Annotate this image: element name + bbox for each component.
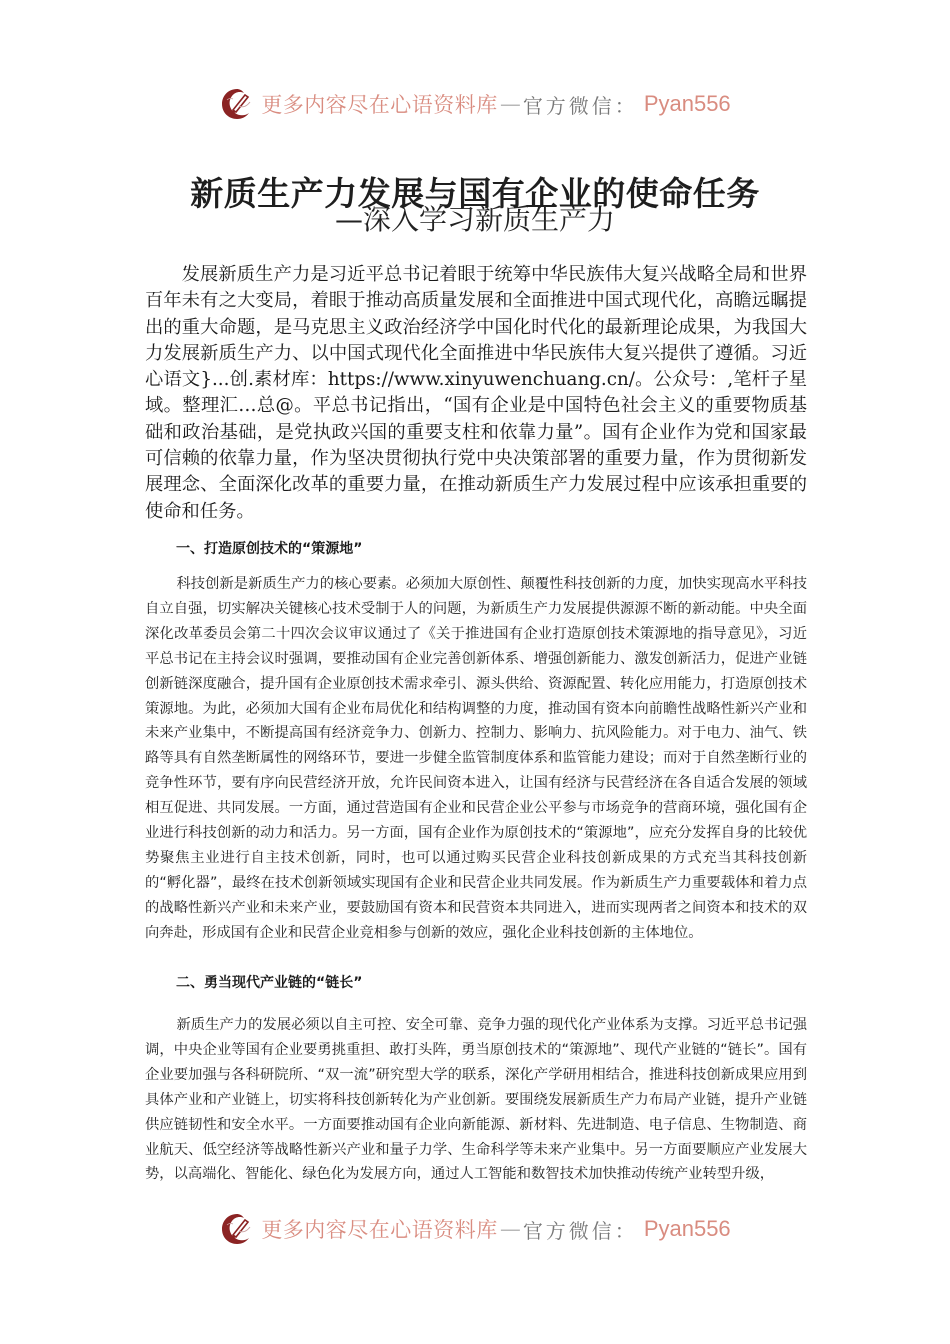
quill-pen-logo-icon (219, 86, 255, 122)
footer-banner: 更多内容尽在心语资料库 — 官方微信： Pyan556 (0, 1207, 950, 1251)
wechat-id: Pyan556 (644, 91, 731, 117)
section-body-1: 科技创新是新质生产力的核心要素。必须加大原创性、颠覆性科技创新的力度，加快实现高… (145, 572, 807, 946)
intro-paragraph: 发展新质生产力是习近平总书记着眼于统筹中华民族伟大复兴战略全局和世界百年未有之大… (145, 262, 807, 525)
section-heading-1: 一、打造原创技术的“策源地” (176, 538, 362, 558)
section-body-2: 新质生产力的发展必须以自主可控、安全可靠、竞争力强的现代化产业体系为支撑。习近平… (145, 1013, 807, 1187)
header-banner: 更多内容尽在心语资料库 — 官方微信： Pyan556 (0, 82, 950, 126)
section-heading-2: 二、勇当现代产业链的“链长” (176, 972, 362, 992)
promo-text: 更多内容尽在心语资料库 (261, 1214, 498, 1244)
wechat-id: Pyan556 (644, 1216, 731, 1242)
promo-text: 更多内容尽在心语资料库 (261, 89, 498, 119)
document-subtitle: —深入学习新质生产力 (0, 198, 950, 238)
quill-pen-logo-icon (219, 1211, 255, 1247)
banner-dash: — (500, 1217, 521, 1241)
banner-dash: — (500, 92, 521, 116)
wechat-label: 官方微信： (523, 1215, 638, 1244)
wechat-label: 官方微信： (523, 90, 638, 119)
